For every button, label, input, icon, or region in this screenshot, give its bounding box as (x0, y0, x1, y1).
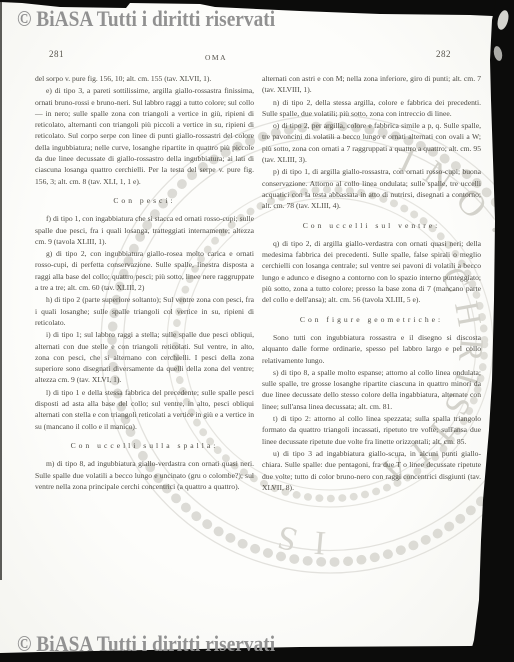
paragraph: u) di tipo 3 ad ingabbiatura giallo-scur… (262, 448, 481, 493)
paragraph: alternati con astri e con M; nella zona … (262, 73, 481, 96)
section-heading: Con figure geometriche: (262, 314, 481, 325)
section-heading: Con uccelli sul ventre: (262, 220, 481, 231)
text-column-right: alternati con astri e con M; nella zona … (262, 73, 481, 494)
paragraph: s) di tipo 8, a spalle molto espanse; at… (262, 367, 481, 412)
paragraph: f) di tipo 1, con ingabbiatura che si st… (35, 213, 254, 247)
paragraph: Sono tutti con ingubbiatura rossastra e … (262, 332, 481, 366)
paragraph: e) di tipo 3, a pareti sottilissime, arg… (35, 85, 254, 187)
paragraph: m) di tipo 8, ad ingubbiatura giallo-ver… (35, 458, 254, 492)
paragraph: g) di tipo 2, con ingubbiatura giallo-ro… (35, 248, 254, 293)
paragraph: del sorpo v. pure fig. 156, 10; alt. cm.… (35, 73, 254, 84)
paragraph: h) di tipo 2 (parte superiore soltanto);… (35, 294, 254, 328)
section-heading: Con pesci: (35, 195, 254, 206)
running-title: OMA (196, 53, 236, 62)
paragraph: t) di tipo 2: attorno al collo linea spe… (262, 413, 481, 447)
paragraph: p) di tipo 1, di argilla giallo-rossastr… (262, 166, 481, 211)
column-number-right: 282 (436, 49, 476, 59)
section-heading: Con uccelli sulla spalla: (35, 440, 254, 451)
scanned-page: INO· CHRISTIA IS 281 OMA 282 del sorpo v… (0, 0, 514, 662)
paragraph: i) di tipo 1; sul labbro raggi a stella;… (35, 329, 254, 385)
scan-edge-left (0, 0, 2, 580)
paragraph: l) di tipo 1 e della stessa fabbrica del… (35, 387, 254, 432)
column-number-left: 281 (49, 49, 64, 59)
copyright-watermark-bottom: © BiASA Tutti i diritti riservati (17, 631, 275, 657)
paragraph: q) di tipo 2, di argilla giallo-verdastr… (262, 238, 481, 306)
text-column-left: del sorpo v. pure fig. 156, 10; alt. cm.… (35, 73, 254, 493)
copyright-watermark-top: © BiASA Tutti i diritti riservati (17, 6, 275, 32)
stamp-legend-bottom: IS (258, 514, 327, 562)
paragraph: n) di tipo 2, della stessa argilla, colo… (262, 97, 481, 120)
paragraph: o) di tipo 2, per argilla, colore e fabb… (262, 120, 481, 165)
